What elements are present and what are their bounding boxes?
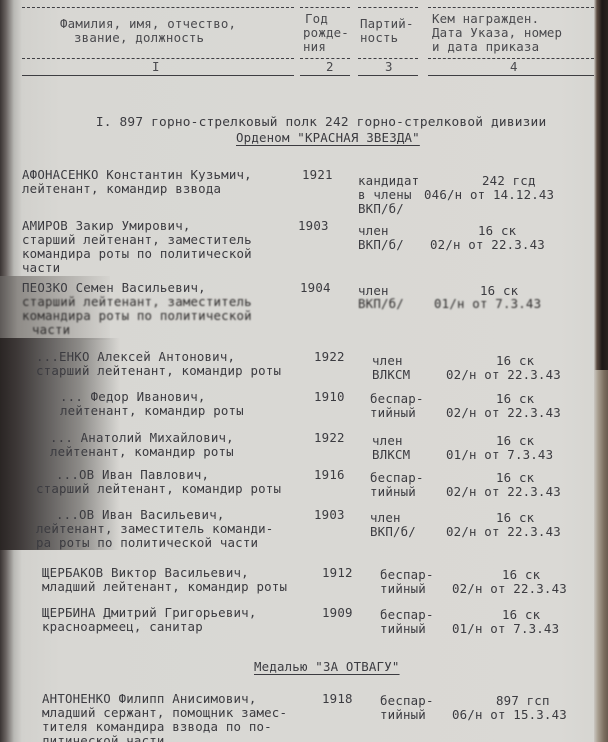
entry-birth-year: 1922 [314, 350, 345, 364]
entry-name: ПЕОЗКО Семен Васильевич, [22, 281, 206, 295]
entry-rank-position: лейтенант, заместитель команди- [36, 522, 273, 536]
entry-rank-position-cont2: литической части [42, 734, 165, 742]
entry-party-line2: тийный [370, 406, 416, 420]
entry-rank-position-cont: командира роты по политической [22, 309, 252, 323]
entry-party-line2: тийный [380, 622, 426, 636]
header-col-award-line2: Дата Указа, номер [432, 26, 562, 40]
entry-rank-position-cont: командира роты по политической [22, 247, 252, 261]
entry-party-line1: член [370, 511, 401, 525]
entry-name: АМИРОВ Закир Умирович, [22, 219, 191, 233]
entry-rank-position: старший лейтенант, заместитель [22, 295, 252, 309]
entry-party-line2: ВЛКСМ [372, 368, 410, 382]
header-col-year-line3: ния [303, 40, 326, 54]
header-col-number-2: 2 [326, 60, 334, 74]
entry-rank-position: лейтенант, командир взвода [22, 182, 221, 196]
header-col-number-3: 3 [385, 60, 393, 74]
entry-party-line2: тийный [380, 582, 426, 596]
entry-birth-year: 1910 [314, 390, 345, 404]
entry-rank-position: красноармеец, санитар [42, 620, 203, 634]
entry-order-number-date: 06/н от 15.3.43 [452, 708, 567, 722]
section-title-text: I. 897 горно-стрелковый полк 242 горно-с… [96, 115, 547, 130]
entry-awarded-by: 16 ск [496, 392, 534, 406]
entry-name: ... Федор Иванович, [60, 390, 206, 404]
entry-order-number-date: 02/н от 22.3.43 [446, 525, 561, 539]
entry-name: ... Анатолий Михайлович, [50, 431, 234, 445]
header-col-party-line1: Партий- [360, 17, 414, 31]
entry-name: ...ОВ Иван Павлович, [56, 468, 209, 482]
entry-rank-position: лейтенант, командир роты [60, 404, 244, 418]
entry-awarded-by: 16 ск [496, 434, 534, 448]
entry-birth-year: 1903 [298, 219, 329, 233]
header-col-year-line1: Год [305, 12, 328, 26]
entry-party-line2: ВКП/б/ [358, 297, 404, 311]
entry-party-line1: член [372, 434, 403, 448]
entry-order-number-date: 02/н от 22.3.43 [446, 368, 561, 382]
entry-rank-position-cont2: части [22, 261, 60, 275]
entry-name: ЩЕРБАКОВ Виктор Васильевич, [42, 566, 249, 580]
entry-birth-year: 1921 [302, 168, 333, 182]
entry-birth-year: 1904 [300, 281, 331, 295]
entry-order-number-date: 02/н от 22.3.43 [452, 582, 567, 596]
header-col-name-line1: Фамилия, имя, отчество, [60, 17, 236, 31]
entry-party-line1: беспар- [370, 392, 424, 406]
entry-awarded-by: 16 ск [496, 354, 534, 368]
entry-awarded-by: 16 ск [502, 568, 540, 582]
entry-awarded-by: 242 гсд [482, 174, 536, 188]
entry-party-line1: беспар- [380, 608, 434, 622]
entry-order-number-date: 01/н от 7.3.43 [446, 448, 553, 462]
award-title-for-courage: Медалью "ЗА ОТВАГУ" [254, 660, 400, 674]
header-col-award-line3: и дата приказа [432, 40, 539, 54]
entry-name: ...ОВ Иван Васильевич, [56, 508, 225, 522]
entry-party-line1: беспар- [380, 568, 434, 582]
header-col-number-4: 4 [510, 60, 518, 74]
entry-name: ЩЕРБИНА Дмитрий Григорьевич, [42, 606, 256, 620]
entry-name: ...ЕНКО Алексей Антонович, [36, 350, 235, 364]
entry-awarded-by: 16 ск [502, 608, 540, 622]
header-col-number-1: I [152, 60, 160, 74]
entry-party-line2: тийный [380, 708, 426, 722]
entry-name: АФОНАСЕНКО Константин Кузьмич, [22, 168, 252, 182]
entry-party-line1: беспар- [370, 471, 424, 485]
entry-rank-position: лейтенант, командир роты [50, 445, 234, 459]
award-title-red-star: Орденом "КРАСНАЯ ЗВЕЗДА" [236, 131, 420, 145]
entry-party-line2: ВЛКСМ [372, 448, 410, 462]
entry-party-line1: член [372, 354, 403, 368]
entry-order-number-date: 02/н от 22.3.43 [446, 406, 561, 420]
entry-rank-position: младший лейтенант, командир роты [42, 580, 287, 594]
header-col-award-line1: Кем награжден. [432, 12, 539, 26]
entry-birth-year: 1909 [322, 606, 353, 620]
entry-order-number-date: 01/н от 7.3.43 [452, 622, 559, 636]
header-col-year-line2: рожде- [303, 26, 349, 40]
entry-order-number-date: 046/н от 14.12.43 [424, 188, 554, 202]
header-col-party-line2: ность [360, 31, 398, 45]
header-col-name-line2: звание, должность [74, 31, 204, 45]
entry-party-line2: тийный [370, 485, 416, 499]
entry-rank-position: старший лейтенант, командир роты [36, 482, 281, 496]
entry-birth-year: 1922 [314, 431, 345, 445]
entry-birth-year: 1916 [314, 468, 345, 482]
entry-party-line1: член [358, 224, 389, 238]
entry-party-line1: кандидат [358, 174, 419, 188]
entry-rank-position: старший лейтенант, заместитель [22, 233, 252, 247]
entry-rank-position-cont: ра роты по политической части [36, 536, 258, 550]
section-title: I. 897 горно-стрелковый полк 242 горно-с… [80, 102, 546, 130]
entry-order-number-date: 02/н от 22.3.43 [446, 485, 561, 499]
entry-awarded-by: 16 ск [496, 511, 534, 525]
entry-birth-year: 1912 [322, 566, 353, 580]
entry-party-line1: беспар- [380, 694, 434, 708]
entry-birth-year: 1903 [314, 508, 345, 522]
entry-name: АНТОНЕНКО Филипп Анисимович, [42, 692, 256, 706]
entry-rank-position: младший сержант, помощник замес- [42, 706, 287, 720]
entry-order-number-date: 02/н от 22.3.43 [430, 238, 545, 252]
entry-party-line3: ВКП/б/ [358, 202, 404, 216]
entry-birth-year: 1918 [322, 692, 353, 706]
entry-rank-position: старший лейтенант, командир роты [36, 364, 281, 378]
entry-order-number-date: 01/н от 7.3.43 [434, 297, 541, 311]
entry-rank-position-cont2: части [32, 323, 70, 337]
entry-rank-position-cont: тителя командира взвода по по- [42, 720, 272, 734]
entry-awarded-by: 16 ск [496, 471, 534, 485]
entry-party-line2: в члены [358, 188, 412, 202]
entry-party-line2: ВКП/б/ [358, 238, 404, 252]
entry-awarded-by: 897 гсп [496, 694, 550, 708]
book-binding-edge [594, 0, 608, 742]
entry-party-line2: ВКП/б/ [370, 525, 416, 539]
entry-awarded-by: 16 ск [478, 224, 516, 238]
